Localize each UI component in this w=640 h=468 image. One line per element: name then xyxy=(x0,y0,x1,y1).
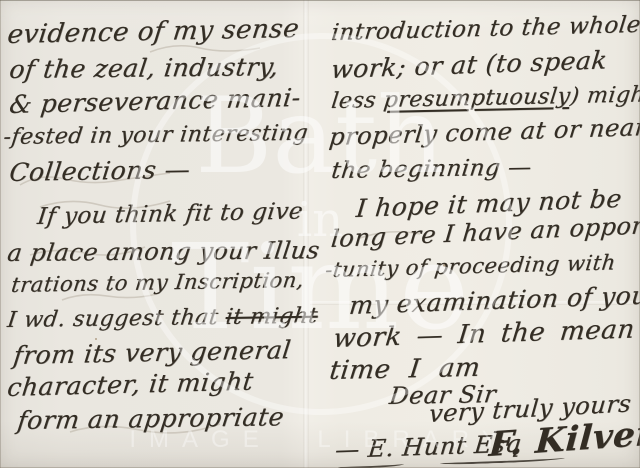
letter-text-segment: I wd. suggest that xyxy=(6,305,227,333)
letter-text-segment: less xyxy=(330,88,385,114)
letter-line-left-9: I wd. suggest that it might xyxy=(6,306,319,332)
letter-line-left-6: If you think fit to give xyxy=(36,200,304,229)
letter-line-left-4: -fested in your interesting xyxy=(2,123,309,149)
struck-out-words: it might xyxy=(224,304,319,330)
letter-scan: evidence of my sense of the zeal, indust… xyxy=(0,0,640,468)
letter-line-right-3: less presumptuously) might xyxy=(330,84,640,113)
letter-line-left-3: & perseverance mani- xyxy=(8,85,302,117)
letter-line-left-11: character, it might xyxy=(6,369,255,400)
letter-line-left-12: form an appropriate xyxy=(16,404,286,433)
underlined-word: presumptuously xyxy=(382,84,572,113)
letter-line-right-5: the beginning — xyxy=(330,157,533,183)
letter-line-right-8: -tunity of proceeding with xyxy=(324,252,617,281)
letter-line-right-4: properly come at or near xyxy=(328,115,640,149)
letter-line-right-1: introduction to the whole xyxy=(330,14,640,45)
letter-line-left-1: evidence of my sense xyxy=(6,16,301,48)
letter-line-right-2: work; or at (to speak xyxy=(330,47,609,82)
letter-line-left-7: a place among your Illus xyxy=(6,238,321,265)
letter-line-left-2: of the zeal, industry, xyxy=(8,54,280,82)
letter-line-right-10: work — In the mean xyxy=(332,317,636,352)
center-fold-crease xyxy=(303,0,309,468)
letter-line-right-9: my examination of your xyxy=(348,282,640,318)
letter-line-left-5: Collections — xyxy=(8,157,192,185)
letter-text-segment: ) might xyxy=(569,82,640,109)
letter-line-right-11: time I am xyxy=(328,355,482,384)
letter-line-left-8: trations to my Inscription, xyxy=(10,270,305,296)
letter-line-left-10: from its very general xyxy=(12,337,292,368)
